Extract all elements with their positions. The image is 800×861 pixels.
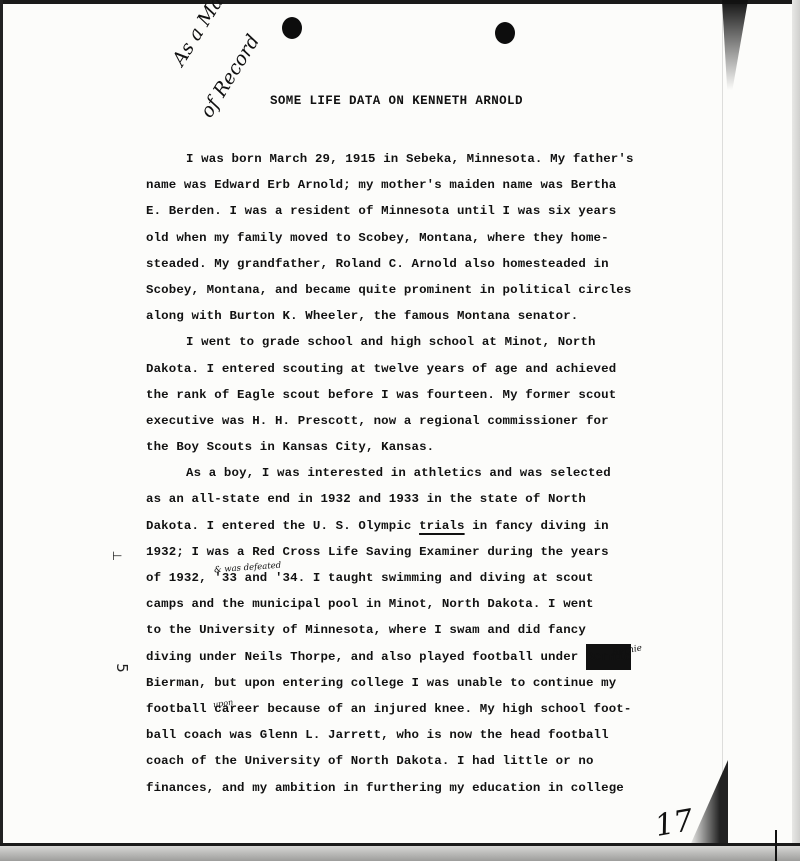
text-line: the rank of Eagle scout before I was fou… xyxy=(146,382,666,408)
document-page: As a Matter of Record SOME LIFE DATA ON … xyxy=(0,0,800,861)
handwritten-note-line2: of Record xyxy=(196,31,264,122)
text-line: diving under Neils Thorpe, and also play… xyxy=(146,644,666,670)
scan-top-edge xyxy=(0,0,800,4)
text-line: Scobey, Montana, and became quite promin… xyxy=(146,277,666,303)
margin-tick-mark: ⊢ xyxy=(112,549,122,563)
text-segment: diving under Neils Thorpe, and also play… xyxy=(146,650,586,664)
text-line: As a boy, I was interested in athletics … xyxy=(146,460,666,486)
scan-bottom-edge xyxy=(0,846,800,861)
page-corner-shadow xyxy=(688,760,728,850)
text-line: E. Berden. I was a resident of Minnesota… xyxy=(146,198,666,224)
punch-hole-icon xyxy=(495,22,515,44)
next-page-edge xyxy=(792,0,800,861)
text-line: coach of the University of North Dakota.… xyxy=(146,748,666,774)
text-line: as an all-state end in 1932 and 1933 in … xyxy=(146,486,666,512)
text-line: 1932; I was a Red Cross Life Saving Exam… xyxy=(146,539,666,565)
text-line: finances, and my ambition in furthering … xyxy=(146,775,666,801)
text-line: the Boy Scouts in Kansas City, Kansas. xyxy=(146,434,666,460)
text-line: to the University of Minnesota, where I … xyxy=(146,617,666,643)
underlined-word: trials xyxy=(419,519,465,533)
page-fold-line xyxy=(722,0,723,861)
text-line: camps and the municipal pool in Minot, N… xyxy=(146,591,666,617)
document-title: SOME LIFE DATA ON KENNETH ARNOLD xyxy=(270,94,523,108)
text-line: old when my family moved to Scobey, Mont… xyxy=(146,225,666,251)
text-segment: in fancy diving in xyxy=(465,519,609,533)
text-line: Dakota. I entered the U. S. Olympic tria… xyxy=(146,513,666,539)
text-line: executive was H. H. Prescott, now a regi… xyxy=(146,408,666,434)
page-fold-shadow xyxy=(722,0,748,90)
text-line: ball coach was Glenn L. Jarrett, who is … xyxy=(146,722,666,748)
text-line: steaded. My grandfather, Roland C. Arnol… xyxy=(146,251,666,277)
scan-corner-tick xyxy=(775,830,777,861)
scan-left-edge xyxy=(0,0,3,861)
text-line: I went to grade school and high school a… xyxy=(146,329,666,355)
punch-hole-icon xyxy=(282,17,302,39)
page-number: 17 xyxy=(652,803,696,844)
text-line: I was born March 29, 1915 in Sebeka, Min… xyxy=(146,146,666,172)
margin-number-mark: 5 xyxy=(113,663,131,673)
text-line: Dakota. I entered scouting at twelve yea… xyxy=(146,356,666,382)
text-line: name was Edward Erb Arnold; my mother's … xyxy=(146,172,666,198)
text-line: Bierman, but upon entering college I was… xyxy=(146,670,666,696)
text-segment: Dakota. I entered the U. S. Olympic xyxy=(146,519,419,533)
text-line: along with Burton K. Wheeler, the famous… xyxy=(146,303,666,329)
